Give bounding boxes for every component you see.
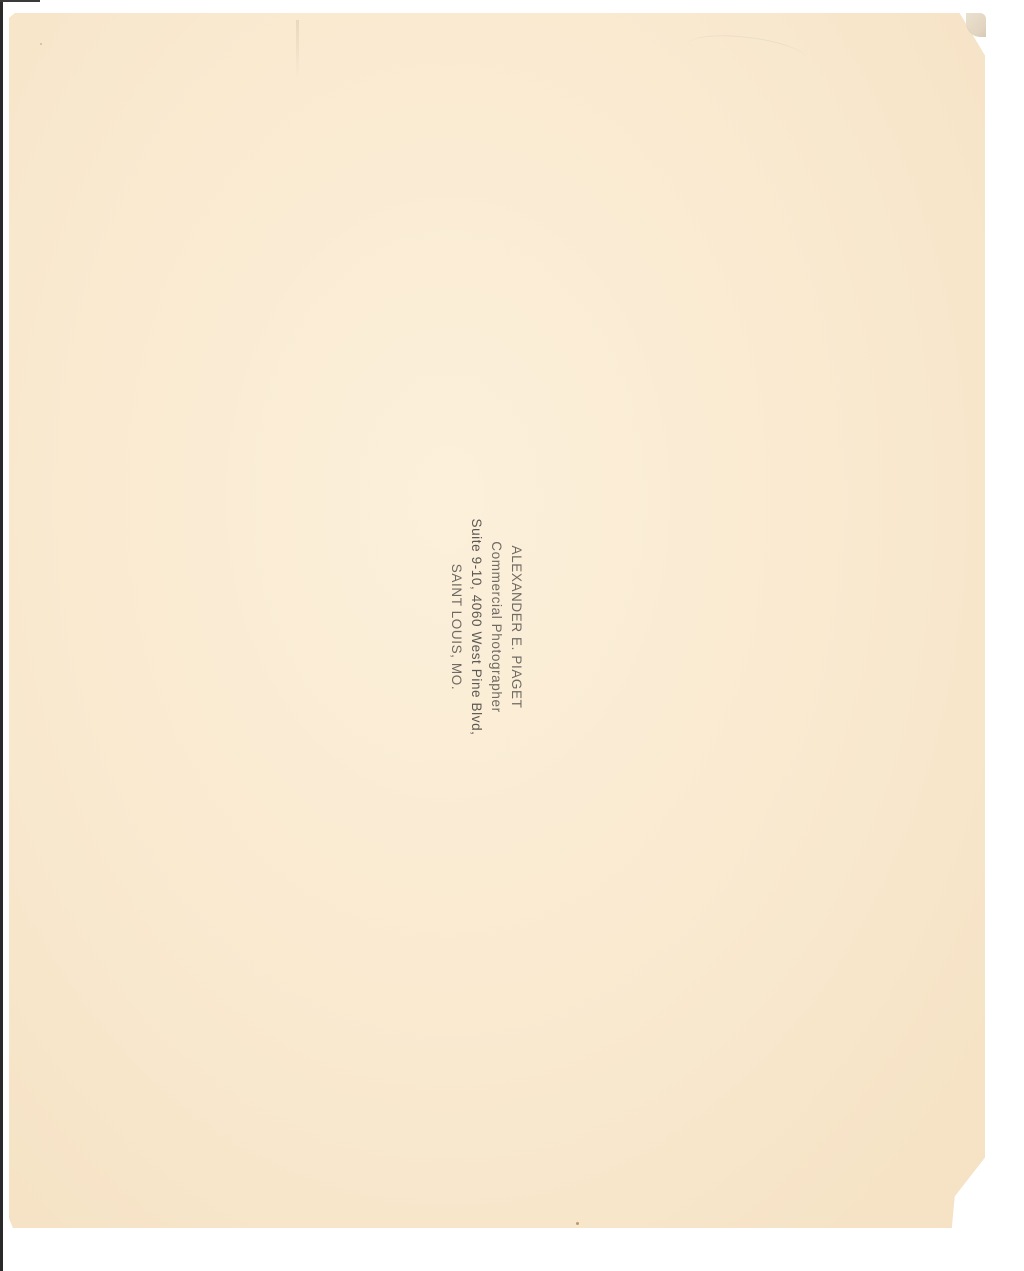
paper-crease: [296, 20, 299, 80]
scanner-edge-top: [0, 0, 40, 2]
scanner-edge: [0, 0, 3, 1271]
stamp-photographer-name: ALEXANDER E. PIAGET: [506, 518, 526, 735]
stamp-text-block: ALEXANDER E. PIAGET Commercial Photograp…: [446, 518, 526, 735]
paper-speck: [576, 1222, 579, 1225]
stamp-city: SAINT LOUIS, MO.: [446, 518, 466, 735]
stamp-address: Suite 9-10, 4060 West Pine Blvd,: [466, 518, 486, 735]
stamp-profession: Commercial Photographer: [486, 518, 506, 735]
paper-speck: [40, 43, 42, 45]
